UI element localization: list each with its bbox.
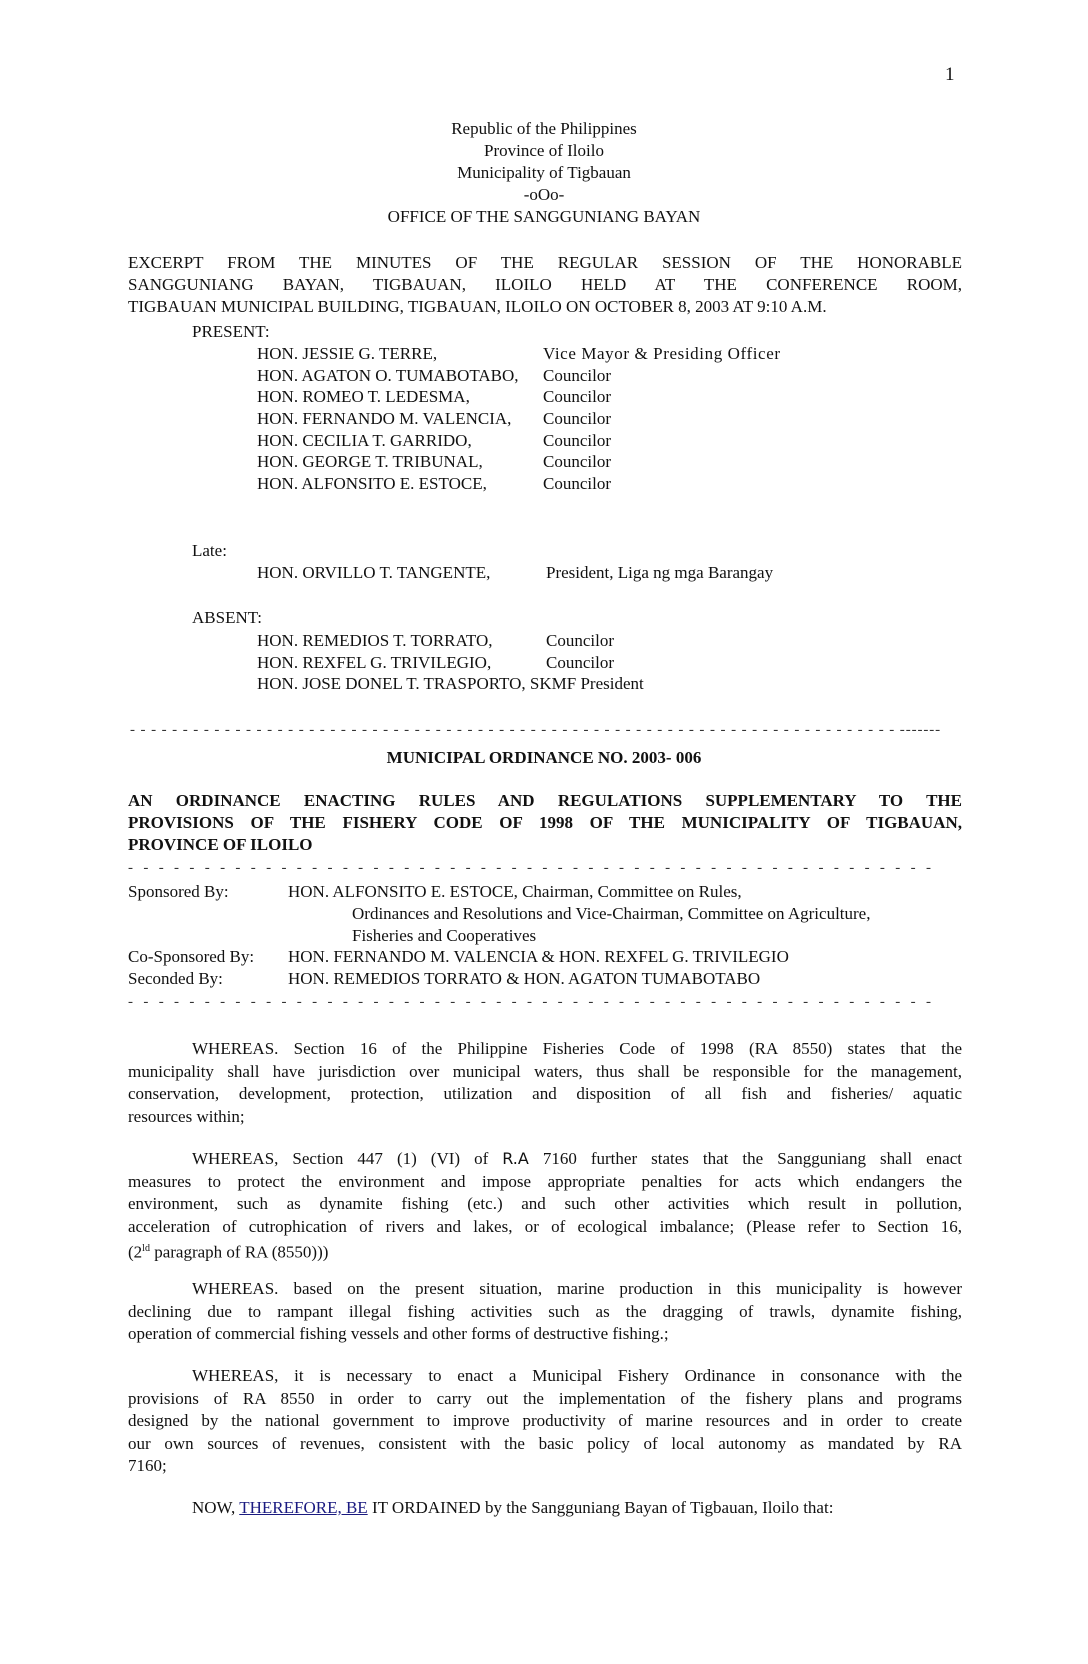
ordained-clause: NOW, THEREFORE, BE IT ORDAINED by the Sa… xyxy=(128,1497,962,1520)
seconded-value: HON. REMEDIOS TORRATO & HON. AGATON TUMA… xyxy=(288,969,760,989)
paragraph-line: measures to protect the environment and … xyxy=(128,1171,962,1194)
sponsored-value: HON. ALFONSITO E. ESTOCE, Chairman, Comm… xyxy=(288,882,742,902)
ordinance-number: MUNICIPAL ORDINANCE NO. 2003- 006 xyxy=(0,748,1088,768)
late-member-name: HON. ORVILLO T. TANGENTE, xyxy=(257,563,490,583)
paragraph-line: our own sources of revenues, consistent … xyxy=(128,1433,962,1456)
ordinance-title-line: AN ORDINANCE ENACTING RULES AND REGULATI… xyxy=(128,790,962,812)
excerpt-line: TIGBAUAN MUNICIPAL BUILDING, TIGBAUAN, I… xyxy=(128,296,962,318)
present-member-role: Councilor xyxy=(543,431,611,451)
paragraph-line: resources within; xyxy=(128,1106,962,1129)
present-member-role: Councilor xyxy=(543,387,611,407)
text: paragraph of RA (8550))) xyxy=(150,1243,328,1262)
letterhead-line: Municipality of Tigbauan xyxy=(0,162,1088,184)
sponsored-value: Ordinances and Resolutions and Vice-Chai… xyxy=(352,904,870,924)
present-member-name: HON. AGATON O. TUMABOTABO, xyxy=(257,366,519,386)
present-label: PRESENT: xyxy=(192,322,270,342)
absent-member-name: HON. REXFEL G. TRIVILEGIO, xyxy=(257,653,491,673)
separator-line: - - - - - - - - - - - - - - - - - - - - … xyxy=(128,860,934,877)
letterhead-line: -oOo- xyxy=(0,184,1088,206)
present-member-name: HON. ALFONSITO E. ESTOCE, xyxy=(257,474,487,494)
whereas-paragraph: WHEREAS, it is necessary to enact a Muni… xyxy=(128,1365,962,1478)
paragraph-line: WHEREAS. Section 16 of the Philippine Fi… xyxy=(128,1038,962,1061)
seconded-label: Seconded By: xyxy=(128,969,223,989)
paragraph-line: declining due to rampant illegal fishing… xyxy=(128,1301,962,1324)
paragraph-line: conservation, development, protection, u… xyxy=(128,1083,962,1106)
letterhead-line: OFFICE OF THE SANGGUNIANG BAYAN xyxy=(0,206,1088,228)
ordinance-title-line: PROVINCE OF ILOILO xyxy=(128,834,962,856)
absent-member-role: Councilor xyxy=(546,631,614,651)
cosponsored-value: HON. FERNANDO M. VALENCIA & HON. REXFEL … xyxy=(288,947,789,967)
paragraph-line: (2ld paragraph of RA (8550))) xyxy=(128,1238,962,1264)
present-member-role: Councilor xyxy=(543,409,611,429)
ra-reference: R.A xyxy=(502,1149,529,1168)
paragraph-line: 7160; xyxy=(128,1455,962,1478)
paragraph-line: NOW, THEREFORE, BE IT ORDAINED by the Sa… xyxy=(128,1497,962,1520)
present-member-name: HON. JESSIE G. TERRE, xyxy=(257,344,437,364)
text: IT ORDAINED by the Sangguniang Bayan of … xyxy=(368,1498,834,1517)
whereas-paragraph: WHEREAS. based on the present situation,… xyxy=(128,1278,962,1346)
ordinance-title: AN ORDINANCE ENACTING RULES AND REGULATI… xyxy=(128,790,962,856)
present-member-role: Councilor xyxy=(543,452,611,472)
letterhead: Republic of the Philippines Province of … xyxy=(0,118,1088,228)
cosponsored-label: Co-Sponsored By: xyxy=(128,947,254,967)
sponsored-value: Fisheries and Cooperatives xyxy=(352,926,536,946)
paragraph-line: WHEREAS. based on the present situation,… xyxy=(128,1278,962,1301)
superscript: ld xyxy=(142,1243,150,1254)
paragraph-line: acceleration of cutrophication of rivers… xyxy=(128,1216,962,1239)
paragraph-line: WHEREAS, Section 447 (1) (VI) of R.A 716… xyxy=(128,1148,962,1171)
present-member-name: HON. CECILIA T. GARRIDO, xyxy=(257,431,472,451)
present-member-name: HON. GEORGE T. TRIBUNAL, xyxy=(257,452,483,472)
late-member-role: President, Liga ng mga Barangay xyxy=(546,563,773,583)
absent-member-role: Councilor xyxy=(546,653,614,673)
text: 7160 further states that the Sangguniang… xyxy=(529,1149,962,1168)
absent-label: ABSENT: xyxy=(192,608,262,628)
whereas-paragraph: WHEREAS. Section 16 of the Philippine Fi… xyxy=(128,1038,962,1128)
absent-member-name: HON. REMEDIOS T. TORRATO, xyxy=(257,631,493,651)
present-member-role: Vice Mayor & Presiding Officer xyxy=(543,344,781,364)
paragraph-line: provisions of RA 8550 in order to carry … xyxy=(128,1388,962,1411)
present-member-role: Councilor xyxy=(543,474,611,494)
ordinance-title-line: PROVISIONS OF THE FISHERY CODE OF 1998 O… xyxy=(128,812,962,834)
therefore-link[interactable]: THEREFORE, BE xyxy=(239,1498,367,1517)
paragraph-line: operation of commercial fishing vessels … xyxy=(128,1323,962,1346)
paragraph-line: designed by the national government to i… xyxy=(128,1410,962,1433)
letterhead-line: Province of Iloilo xyxy=(0,140,1088,162)
excerpt-line: SANGGUNIANG BAYAN, TIGBAUAN, ILOILO HELD… xyxy=(128,274,962,296)
present-member-name: HON. FERNANDO M. VALENCIA, xyxy=(257,409,511,429)
excerpt-line: EXCERPT FROM THE MINUTES OF THE REGULAR … xyxy=(128,252,962,274)
paragraph-line: environment, such as dynamite fishing (e… xyxy=(128,1193,962,1216)
excerpt-heading: EXCERPT FROM THE MINUTES OF THE REGULAR … xyxy=(128,252,962,318)
present-member-name: HON. ROMEO T. LEDESMA, xyxy=(257,387,470,407)
paragraph-line: WHEREAS, it is necessary to enact a Muni… xyxy=(128,1365,962,1388)
absent-member-name: HON. JOSE DONEL T. TRASPORTO, SKMF Presi… xyxy=(257,674,644,694)
present-member-role: Councilor xyxy=(543,366,611,386)
sponsored-label: Sponsored By: xyxy=(128,882,229,902)
page-number: 1 xyxy=(945,64,955,86)
separator-line: - - - - - - - - - - - - - - - - - - - - … xyxy=(130,722,941,739)
whereas-paragraph: WHEREAS, Section 447 (1) (VI) of R.A 716… xyxy=(128,1148,962,1264)
separator-line: - - - - - - - - - - - - - - - - - - - - … xyxy=(128,994,934,1011)
paragraph-line: municipality shall have jurisdiction ove… xyxy=(128,1061,962,1084)
letterhead-line: Republic of the Philippines xyxy=(0,118,1088,140)
text: WHEREAS, Section 447 (1) (VI) of xyxy=(192,1149,502,1168)
text: (2 xyxy=(128,1243,142,1262)
document-page: 1 Republic of the Philippines Province o… xyxy=(0,0,1088,1664)
late-label: Late: xyxy=(192,541,227,561)
text: NOW, xyxy=(192,1498,239,1517)
